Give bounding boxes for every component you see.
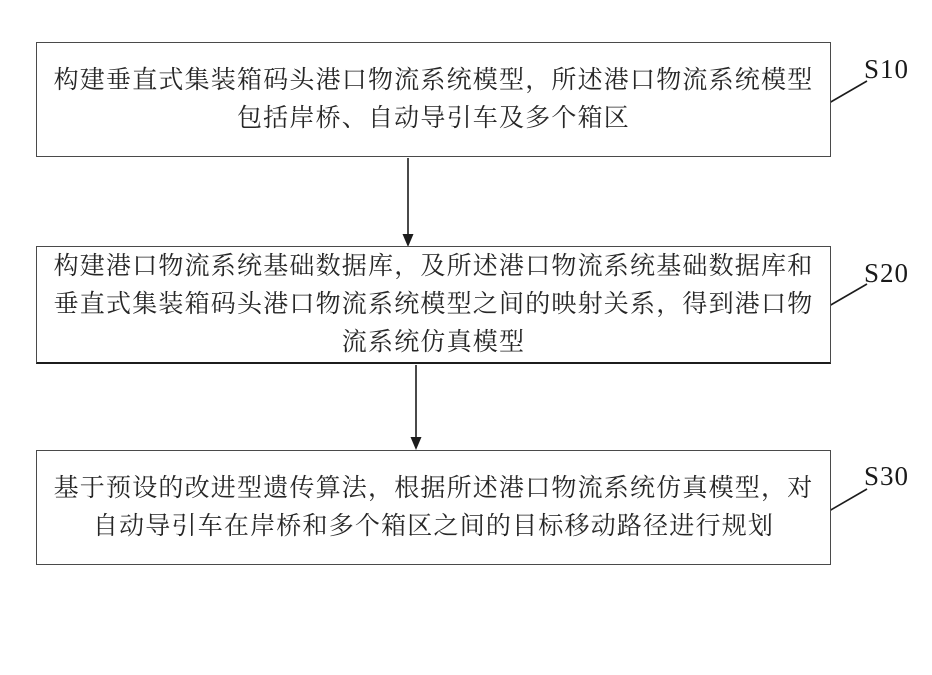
step-s10-text-line-1: 构建垂直式集装箱码头港口物流系统模型，所述港口物流系统模型 bbox=[37, 62, 830, 100]
connector-line-s20 bbox=[829, 284, 867, 306]
step-box-s20: 构建港口物流系统基础数据库，及所述港口物流系统基础数据库和 垂直式集装箱码头港口… bbox=[36, 246, 831, 364]
connector-line-s30 bbox=[829, 489, 867, 511]
step-label-s10: S10 bbox=[864, 53, 909, 85]
step-label-s20: S20 bbox=[864, 257, 909, 289]
step-s20-text-line-2: 垂直式集装箱码头港口物流系统模型之间的映射关系，得到港口物 bbox=[37, 286, 830, 324]
step-s20-text-line-3: 流系统仿真模型 bbox=[37, 324, 830, 362]
step-box-s30: 基于预设的改进型遗传算法，根据所述港口物流系统仿真模型，对 自动导引车在岸桥和多… bbox=[36, 450, 831, 565]
step-s30-text-line-2: 自动导引车在岸桥和多个箱区之间的目标移动路径进行规划 bbox=[37, 508, 830, 546]
step-s20-text-line-1: 构建港口物流系统基础数据库，及所述港口物流系统基础数据库和 bbox=[37, 248, 830, 286]
step-box-s10: 构建垂直式集装箱码头港口物流系统模型，所述港口物流系统模型 包括岸桥、自动导引车… bbox=[36, 42, 831, 157]
connector-line-s10 bbox=[829, 81, 867, 103]
patent-flowchart-figure: 构建垂直式集装箱码头港口物流系统模型，所述港口物流系统模型 包括岸桥、自动导引车… bbox=[0, 0, 932, 675]
arrow-s20-to-s30-head-icon bbox=[411, 437, 422, 450]
step-s30-text-line-1: 基于预设的改进型遗传算法，根据所述港口物流系统仿真模型，对 bbox=[37, 470, 830, 508]
step-s10-text-line-2: 包括岸桥、自动导引车及多个箱区 bbox=[37, 100, 830, 138]
step-label-s30: S30 bbox=[864, 460, 909, 492]
